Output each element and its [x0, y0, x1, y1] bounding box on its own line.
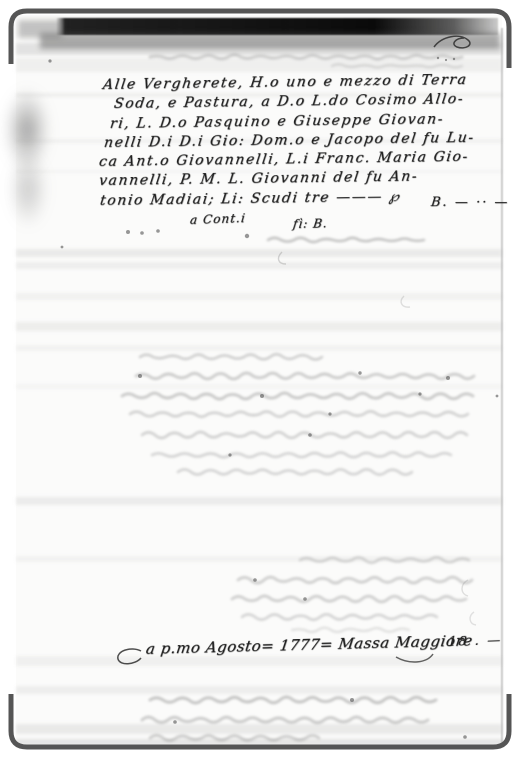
page-background: Alle Vergherete, H.o uno e mezzo di Terr…: [0, 0, 520, 760]
decorative-frame: [0, 0, 520, 760]
frame-top: [11, 11, 509, 68]
frame-bottom: [11, 694, 509, 747]
